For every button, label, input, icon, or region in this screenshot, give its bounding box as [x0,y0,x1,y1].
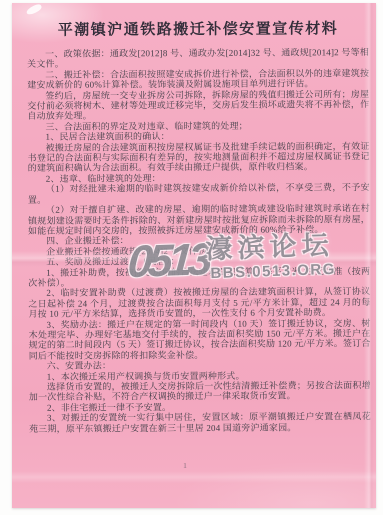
paragraph-area-confirmation: 被搬迁房屋的合法建筑面积按房屋权属证书及批建手续记载的面积确定，有效证书登记的合… [28,141,370,174]
document-content: 平潮镇沪通铁路搬迁补偿安置宣传材料 一、政策依据：通政发[2012]8 号、通政… [27,20,371,434]
photo-background: 平潮镇沪通铁路搬迁补偿安置宣传材料 一、政策依据：通政发[2012]8 号、通政… [0,0,383,515]
paragraph-reward-method: 3、奖励办法：搬迁户在规定的第一时间段内（10 天）签订搬迁协议，交房、树木处理… [28,318,370,361]
document-paper: 平潮镇沪通铁路搬迁补偿安置宣传材料 一、政策依据：通政发[2012]8 号、通政… [12,3,376,508]
paper-speck [25,3,42,16]
paragraph-unauthorized-building: （2）对于擅自扩建、改建的房屋、逾期的临时建筑或建设临时建筑时承诺在村镇规划建设… [28,203,370,236]
paragraph-policy-basis: 一、政策依据：通政发[2012]8 号、通政办发[2014]32 号、通政规[2… [27,47,369,70]
document-title: 平潮镇沪通铁路搬迁补偿安置宣传材料 [27,20,369,40]
paragraph-temporary-building: （1）对经批建未逾期的临时建筑按建安成新价给以补偿，不享受三费，不予安置。 [28,182,370,205]
paper-fold-horizontal-lower [12,471,376,483]
paragraph-demolition-terms: 签约后，房屋统一交专业拆房公司拆除，拆除房屋的残值归搬迁公司所有；房屋交付前必须… [27,89,369,122]
page-number: 1 [175,461,195,470]
paragraph-monetary-resettlement: 选择货币安置的，被搬迁人交房拆除后一次性结清搬迁补偿费；另按合法面积增加一次性综… [29,380,371,403]
paragraph-resettlement-zones: 3、对搬迁的安置统一实行集中居住，安置区域：原平潮镇搬迁户安置在栖凤花苑三期，原… [29,411,371,434]
paragraph-compensation: 二、搬迁补偿：合法面积按照建安成拆价进行补偿，合法面积以外的违章建筑按建安成新价… [27,68,369,91]
paragraph-transition-fee: 2、临时安置补助费（过渡费）按被搬迁房屋的合法建筑面积计算，从签订协议之日起补偿… [28,286,370,319]
paragraph-relocation-subsidy: 1、搬迁补助费，按被搬迁房屋的合法建筑面积计算，每平方米 15 元标准（按两次补… [28,266,370,289]
